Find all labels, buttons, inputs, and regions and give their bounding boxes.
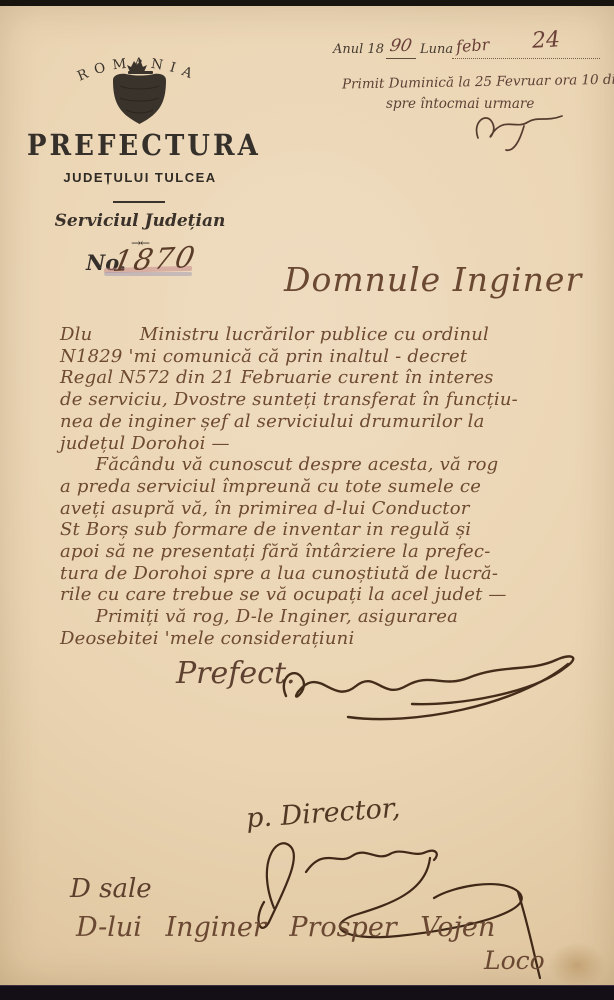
body-line: rile cu care trebue se vă ocupați la ace…	[60, 584, 572, 606]
date-luna-line	[452, 57, 600, 59]
date-luna-value: febr	[455, 35, 490, 56]
body-line: Făcându vă cunoscut despre acesta, vă ro…	[60, 454, 572, 476]
number-value: 1870	[110, 240, 199, 278]
body-line: aveți asupră vă, în primirea d-lui Condu…	[60, 498, 572, 520]
date-day-value: 24	[531, 27, 560, 53]
letterhead-subtitle: JUDEȚULUI TULCEA	[30, 170, 250, 185]
date-anul-label: Anul 18	[333, 42, 384, 57]
prefect-signature	[272, 644, 594, 742]
body-line: nea de inginer șef al serviciului drumur…	[60, 411, 572, 433]
receipt-signature	[466, 104, 586, 156]
letter-body: Dlu Ministru lucrărilor publice cu ordin…	[60, 324, 572, 650]
body-line: județul Dorohoi —	[60, 433, 572, 455]
addressee-name: D-lui Inginer Prosper Vojen	[76, 912, 495, 943]
salutation: Domnule Inginer	[284, 260, 582, 299]
letterhead-service: Serviciul Județian	[30, 211, 250, 231]
receipt-note-line1: Primit Duminică la 25 Fevruar ora 10 dim	[342, 71, 614, 92]
addressee-salutation: D sale	[70, 874, 152, 904]
paper-stain	[548, 942, 606, 988]
addressee-place: Loco	[484, 946, 545, 975]
body-line: Dlu Ministru lucrărilor publice cu ordin…	[60, 324, 572, 346]
body-line: Primiți vă rog, D-le Inginer, asigurarea	[60, 606, 572, 628]
letterhead-title: PREFECTURA	[27, 129, 257, 163]
coat-of-arms-icon	[104, 58, 174, 138]
date-luna-label: Luna	[420, 42, 453, 57]
body-line: apoi să ne presentați fără întârziere la…	[60, 541, 572, 563]
date-anul-line	[386, 57, 416, 59]
body-line: tura de Dorohoi spre a lua cunoștiută de…	[60, 563, 572, 585]
body-line: N1829 'mi comunică că prin inaltul - dec…	[60, 346, 572, 368]
body-line: St Borș sub formare de inventar in regul…	[60, 519, 572, 541]
letterhead-rule	[113, 201, 165, 203]
body-line: Regal N572 din 21 Februarie curent în in…	[60, 367, 572, 389]
scanned-letter-page: ROMANIA PREFECTURA JUDEȚULUI TULCEA Serv…	[0, 0, 614, 1000]
date-anul-value: 90	[388, 36, 413, 56]
body-line: de serviciu, Dvostre sunteți transferat …	[60, 389, 572, 411]
body-line: a preda serviciul împreună cu tote sumel…	[60, 476, 572, 498]
